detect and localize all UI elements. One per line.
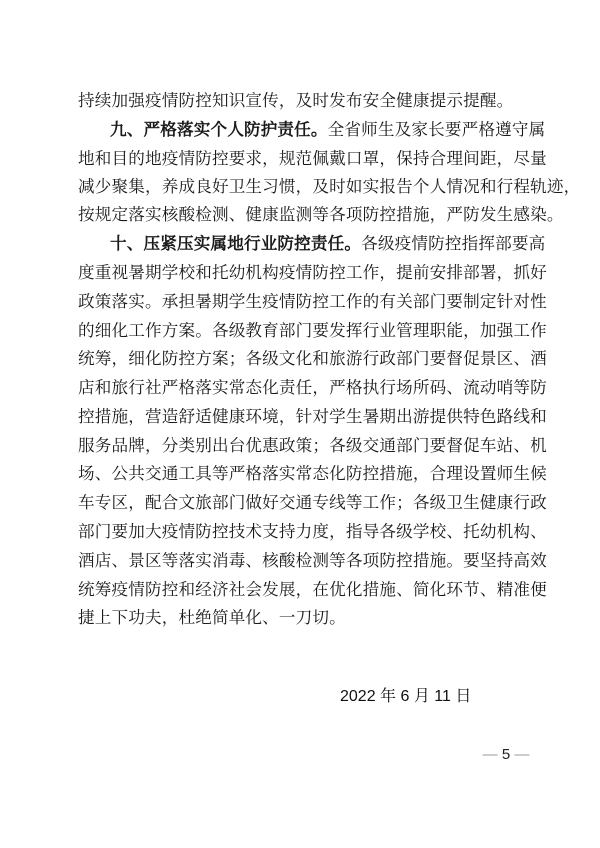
body-line-14: 场、公共交通工具等严格落实常态化防控措施，合理设置师生候: [78, 459, 530, 488]
body-line-5: 按规定落实核酸检测、健康监测等各项防控措施，严防发生感染。: [78, 200, 530, 229]
body-line-15: 车专区，配合文旅部门做好交通专线等工作；各级卫生健康行政: [78, 488, 530, 517]
body-line-10: 统筹，细化防控方案；各级文化和旅游行政部门要督促景区、酒: [78, 344, 530, 373]
body-line-7: 度重视暑期学校和托幼机构疫情防控工作，提前安排部署，抓好: [78, 258, 530, 287]
line-text: 的细化工作方案。各级教育部门要发挥行业管理职能，加强工作: [78, 321, 547, 340]
line-text: 统筹疫情防控和经济社会发展，在优化措施、简化环节、精准便: [78, 580, 547, 599]
line-text: 政策落实。承担暑期学生疫情防控工作的有关部门要制定针对性: [78, 292, 547, 311]
line-text: 持续加强疫情防控知识宣传，及时发布安全健康提示提醒。: [78, 91, 513, 110]
line-text: 车专区，配合文旅部门做好交通专线等工作；各级卫生健康行政: [78, 493, 547, 512]
line-text: 店和旅行社严格落实常态化责任，严格执行场所码、流动哨等防: [78, 378, 547, 397]
body-line-11: 店和旅行社严格落实常态化责任，严格执行场所码、流动哨等防: [78, 373, 530, 402]
body-line-8: 政策落实。承担暑期学生疫情防控工作的有关部门要制定针对性: [78, 287, 530, 316]
line-text: 控措施，营造舒适健康环境，针对学生暑期出游提供特色路线和: [78, 407, 547, 426]
page-number: — 5 —: [474, 742, 538, 768]
line-text: 各级疫情防控指挥部要高: [361, 234, 545, 253]
line-text: 减少聚集，养成良好卫生习惯，及时如实报告个人情况和行程轨迹，: [78, 177, 580, 196]
body-line-13: 服务品牌，分类别出台优惠政策；各级交通部门要督促车站、机: [78, 431, 530, 460]
body-line-17: 酒店、景区等落实消毒、核酸检测等各项防控措施。要坚持高效: [78, 546, 530, 575]
line-text: 捷上下功夫，杜绝简单化、一刀切。: [78, 608, 346, 627]
body-line-12: 控措施，营造舒适健康环境，针对学生暑期出游提供特色路线和: [78, 402, 530, 431]
body-line-4: 减少聚集，养成良好卫生习惯，及时如实报告个人情况和行程轨迹，: [78, 172, 530, 201]
line-text: 度重视暑期学校和托幼机构疫情防控工作，提前安排部署，抓好: [78, 263, 547, 282]
line-text: 按规定落实核酸检测、健康监测等各项防控措施，严防发生感染。: [78, 205, 564, 224]
page-dash-right: —: [514, 746, 529, 763]
line-text: 部门要加大疫情防控技术支持力度，指导各级学校、托幼机构、: [78, 522, 547, 541]
section-heading: 九、严格落实个人防护责任。: [110, 120, 328, 139]
body-line-9: 的细化工作方案。各级教育部门要发挥行业管理职能，加强工作: [78, 316, 530, 345]
document-page: 持续加强疫情防控知识宣传，及时发布安全健康提示提醒。 九、严格落实个人防护责任。…: [0, 0, 600, 848]
line-text: 场、公共交通工具等严格落实常态化防控措施，合理设置师生候: [78, 464, 547, 483]
body-line-18: 统筹疫情防控和经济社会发展，在优化措施、简化环节、精准便: [78, 575, 530, 604]
page-number-value: 5: [502, 746, 510, 763]
line-text: 地和目的地疫情防控要求，规范佩戴口罩，保持合理间距，尽量: [78, 149, 547, 168]
line-text: 统筹，细化防控方案；各级文化和旅游行政部门要督促景区、酒: [78, 349, 547, 368]
line-text: 酒店、景区等落实消毒、核酸检测等各项防控措施。要坚持高效: [78, 551, 547, 570]
section-heading: 十、压紧压实属地行业防控责任。: [110, 234, 361, 253]
section-10-heading-line: 十、压紧压实属地行业防控责任。各级疫情防控指挥部要高: [110, 229, 530, 258]
body-line-3: 地和目的地疫情防控要求，规范佩戴口罩，保持合理间距，尽量: [78, 144, 530, 173]
body-line-16: 部门要加大疫情防控技术支持力度，指导各级学校、托幼机构、: [78, 517, 530, 546]
document-date: 2022 年 6 月 11 日: [340, 684, 471, 710]
section-9-heading-line: 九、严格落实个人防护责任。全省师生及家长要严格遵守属: [110, 115, 530, 144]
page-dash-left: —: [483, 746, 498, 763]
body-line-19: 捷上下功夫，杜绝简单化、一刀切。: [78, 603, 530, 632]
line-text: 服务品牌，分类别出台优惠政策；各级交通部门要督促车站、机: [78, 436, 547, 455]
line-text: 全省师生及家长要严格遵守属: [328, 120, 546, 139]
body-line-1: 持续加强疫情防控知识宣传，及时发布安全健康提示提醒。: [78, 86, 530, 115]
